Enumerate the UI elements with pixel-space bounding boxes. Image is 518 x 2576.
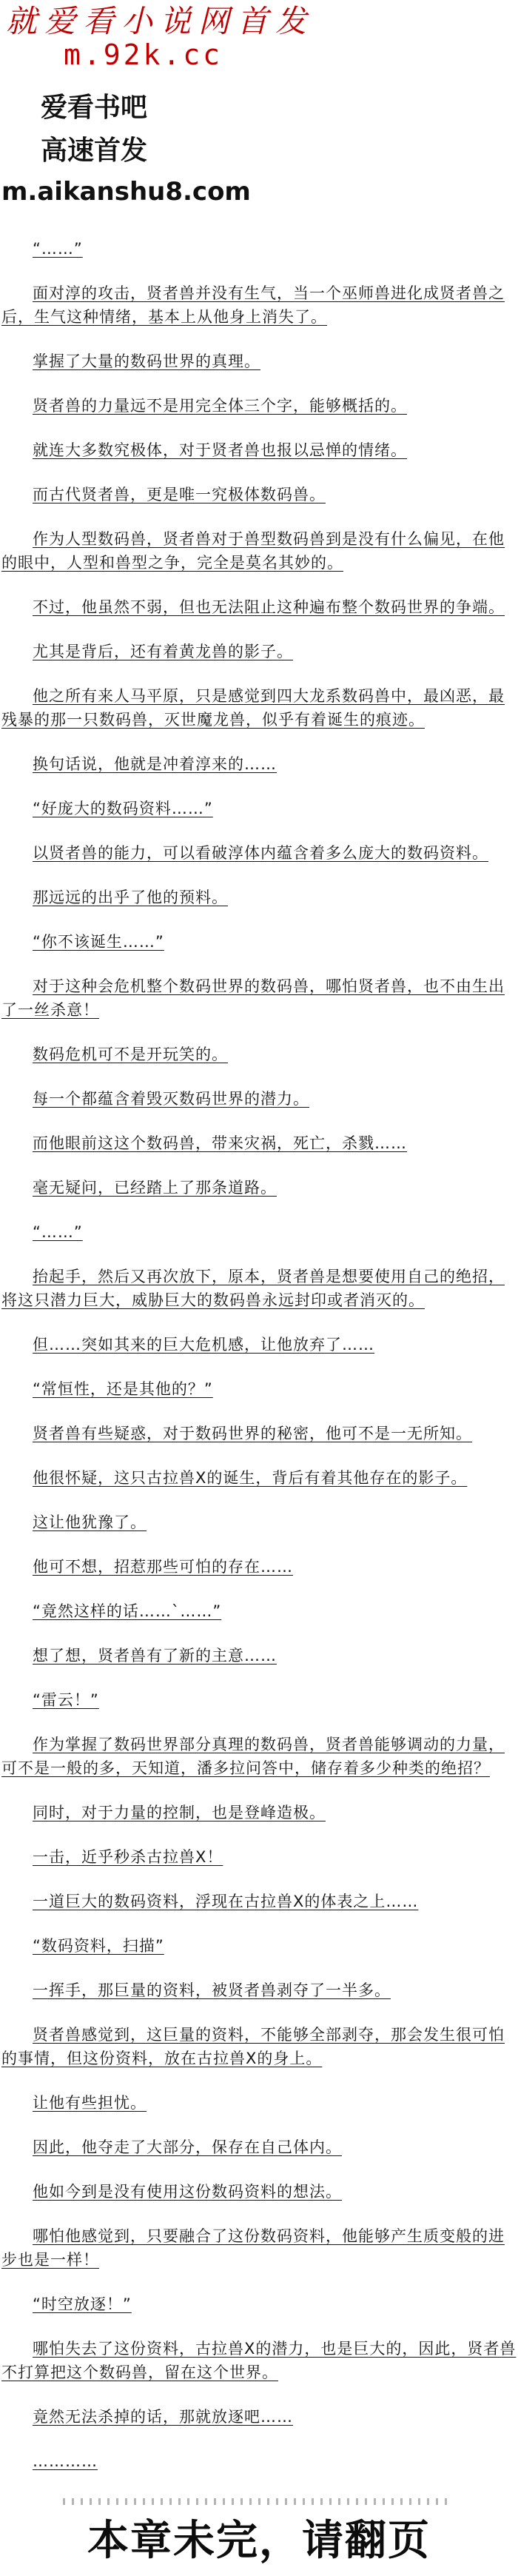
paragraph: 哪怕失去了这份资料，古拉兽X的潜力，也是巨大的，因此，贤者兽不打算把这个数码兽，… <box>1 2337 517 2384</box>
paragraph: 面对淳的攻击，贤者兽并没有生气，当一个巫师兽进化成贤者兽之后，生气这种情绪，基本… <box>1 281 517 329</box>
paragraph: 一挥手，那巨量的资料，被贤者兽剥夺了一半多。 <box>1 1978 517 2002</box>
watermark-site-line1: 就爱看小说网首发 <box>6 4 518 39</box>
paragraph: 贤者兽有些疑惑，对于数码世界的秘密，他可不是一无所知。 <box>1 1422 517 1445</box>
paragraph: 哪怕他感觉到，只要融合了这份数码资料，他能够产生质变般的进步也是一样！ <box>1 2224 517 2272</box>
site-tagline: 高速首发 <box>41 136 518 166</box>
paragraph: 尤其是背后，还有着黄龙兽的影子。 <box>1 640 517 663</box>
paragraph: “数码资料，扫描” <box>1 1934 517 1958</box>
paragraph: 但……突如其来的巨大危机感，让他放弃了…… <box>1 1333 517 1356</box>
paragraph: “常恒性，还是其他的？” <box>1 1377 517 1401</box>
paragraph: “……” <box>1 237 517 261</box>
paragraph: 不过，他虽然不弱，但也无法阻止这种遍布整个数码世界的争端。 <box>1 595 517 619</box>
chapter-text: “……”面对淳的攻击，贤者兽并没有生气，当一个巫师兽进化成贤者兽之后，生气这种情… <box>0 237 518 2473</box>
paragraph: 贤者兽感觉到，这巨量的资料，不能够全部剥夺，那会发生很可怕的事情，但这份资料，放… <box>1 2023 517 2070</box>
paragraph: 他之所有来人马平原，只是感觉到四大龙系数码兽中，最凶恶，最残暴的那一只数码兽，灭… <box>1 684 517 732</box>
paragraph: 让他有些担忧。 <box>1 2091 517 2115</box>
paragraph: 作为掌握了数码世界部分真理的数码兽，贤者兽能够调动的力量，可不是一般的多，天知道… <box>1 1733 517 1780</box>
paragraph: 同时，对于力量的控制，也是登峰造极。 <box>1 1801 517 1824</box>
paragraph: 毫无疑问，已经踏上了那条道路。 <box>1 1176 517 1200</box>
paragraph: 他如今到是没有使用这份数码资料的想法。 <box>1 2180 517 2204</box>
paragraph: 他很怀疑，这只古拉兽X的诞生，背后有着其他存在的影子。 <box>1 1466 517 1490</box>
paragraph: 而他眼前这这个数码兽，带来灾祸，死亡，杀戮…… <box>1 1131 517 1155</box>
paragraph: 竟然无法杀掉的话，那就放逐吧…… <box>1 2405 517 2429</box>
paragraph: 一击，近乎秒杀古拉兽X！ <box>1 1845 517 1869</box>
paragraph: 掌握了大量的数码世界的真理。 <box>1 349 517 373</box>
paragraph: 那远远的出乎了他的预料。 <box>1 886 517 909</box>
clipped-text-artifact <box>63 2498 448 2505</box>
paragraph: “时空放逐！” <box>1 2292 517 2316</box>
paragraph: 一道巨大的数码资料，浮现在古拉兽X的体表之上…… <box>1 1890 517 1913</box>
paragraph: 作为人型数码兽，贤者兽对于兽型数码兽到是没有什么偏见，在他的眼中，人型和兽型之争… <box>1 527 517 575</box>
paragraph: 对于这种会危机整个数码世界的数码兽，哪怕贤者兽，也不由生出了一丝杀意！ <box>1 974 517 1022</box>
paragraph: 换句话说，他就是冲着淳来的…… <box>1 752 517 776</box>
site-name: 爱看书吧 <box>41 93 518 123</box>
paragraph: 数码危机可不是开玩笑的。 <box>1 1043 517 1066</box>
paragraph: 抬起手，然后又再次放下，原本，贤者兽是想要使用自己的绝招，将这只潜力巨大，威胁巨… <box>1 1265 517 1312</box>
novel-reader-page: { "header": { "watermark_color": "#c0000… <box>0 0 518 2576</box>
paragraph: ………… <box>1 2449 517 2473</box>
paragraph: 以贤者兽的能力，可以看破淳体内蕴含着多么庞大的数码资料。 <box>1 841 517 865</box>
paragraph: “……” <box>1 1220 517 1244</box>
paragraph: “你不该诞生……” <box>1 930 517 954</box>
page-turn-notice: 本章未完，请翻页 <box>0 2515 518 2567</box>
paragraph: 他可不想，招惹那些可怕的存在…… <box>1 1555 517 1579</box>
paragraph: 而古代贤者兽，更是唯一究极体数码兽。 <box>1 483 517 506</box>
site-url: m.aikanshu8.com <box>1 178 518 206</box>
paragraph: 因此，他夺走了大部分，保存在自己体内。 <box>1 2135 517 2159</box>
paragraph: 想了想，贤者兽有了新的主意…… <box>1 1644 517 1667</box>
paragraph: “好庞大的数码资料……” <box>1 797 517 820</box>
paragraph: “雷云！” <box>1 1688 517 1712</box>
paragraph: 就连大多数究极体，对于贤者兽也报以忌惮的情绪。 <box>1 438 517 462</box>
watermark-site-url: m.92k.cc <box>64 39 518 71</box>
paragraph: “竟然这样的话……`……” <box>1 1599 517 1623</box>
paragraph: 每一个都蕴含着毁灭数码世界的潜力。 <box>1 1087 517 1111</box>
paragraph: 贤者兽的力量远不是用完全体三个字，能够概括的。 <box>1 394 517 418</box>
paragraph: 这让他犹豫了。 <box>1 1511 517 1534</box>
